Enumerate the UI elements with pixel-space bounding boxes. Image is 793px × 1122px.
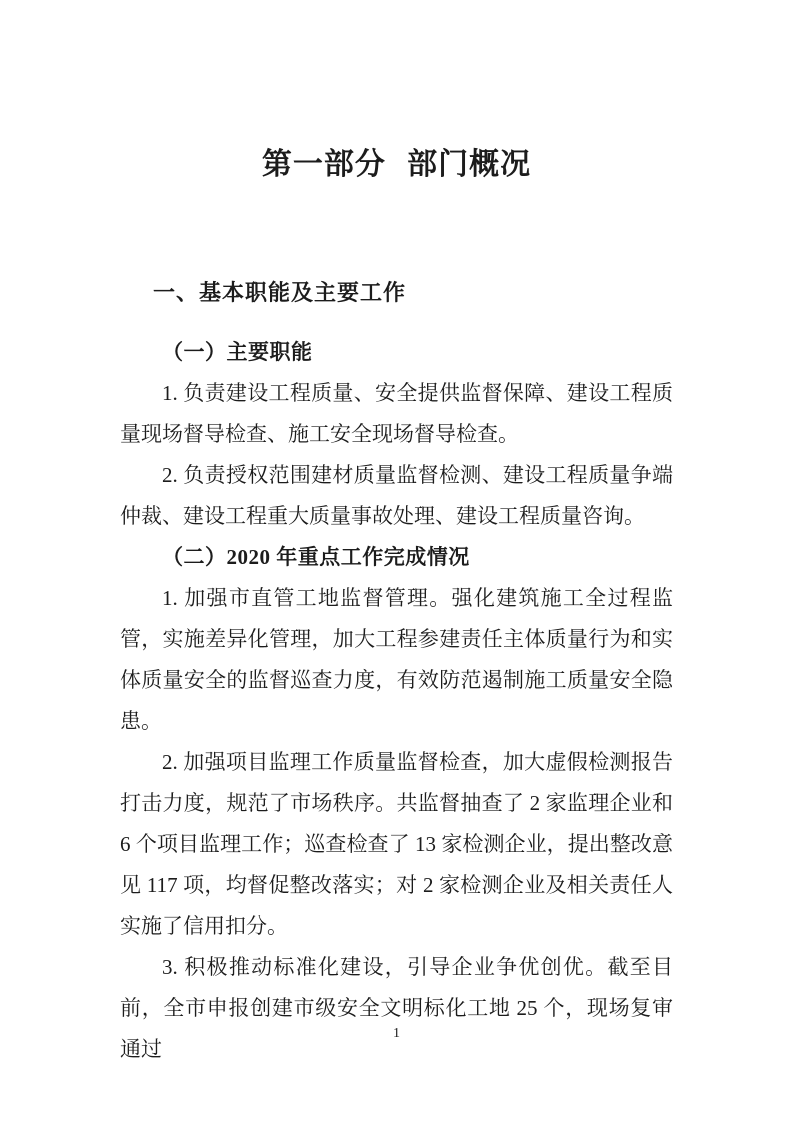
paragraph-work-3: 3. 积极推动标准化建设，引导企业争优创优。截至目前，全市申报创建市级安全文明标…: [120, 947, 673, 1070]
subheading-2020-work: （二）2020 年重点工作完成情况: [120, 537, 673, 578]
paragraph-work-2: 2. 加强项目监理工作质量监督检查，加大虚假检测报告打击力度，规范了市场秩序。共…: [120, 742, 673, 947]
document-page: 第一部分 部门概况 一、基本职能及主要工作 （一）主要职能 1. 负责建设工程质…: [0, 0, 793, 1122]
document-title: 第一部分 部门概况: [0, 0, 793, 183]
paragraph-work-1: 1. 加强市直管工地监督管理。强化建筑施工全过程监管，实施差异化管理，加大工程参…: [120, 578, 673, 742]
paragraph-duty-2: 2. 负责授权范围建材质量监督检测、建设工程质量争端仲裁、建设工程重大质量事故处…: [120, 455, 673, 537]
subheading-main-duties: （一）主要职能: [120, 332, 673, 373]
document-body: （一）主要职能 1. 负责建设工程质量、安全提供监督保障、建设工程质量现场督导检…: [120, 332, 673, 1070]
page-number: 1: [0, 1026, 793, 1042]
section-heading: 一、基本职能及主要工作: [120, 281, 673, 305]
paragraph-duty-1: 1. 负责建设工程质量、安全提供监督保障、建设工程质量现场督导检查、施工安全现场…: [120, 373, 673, 455]
